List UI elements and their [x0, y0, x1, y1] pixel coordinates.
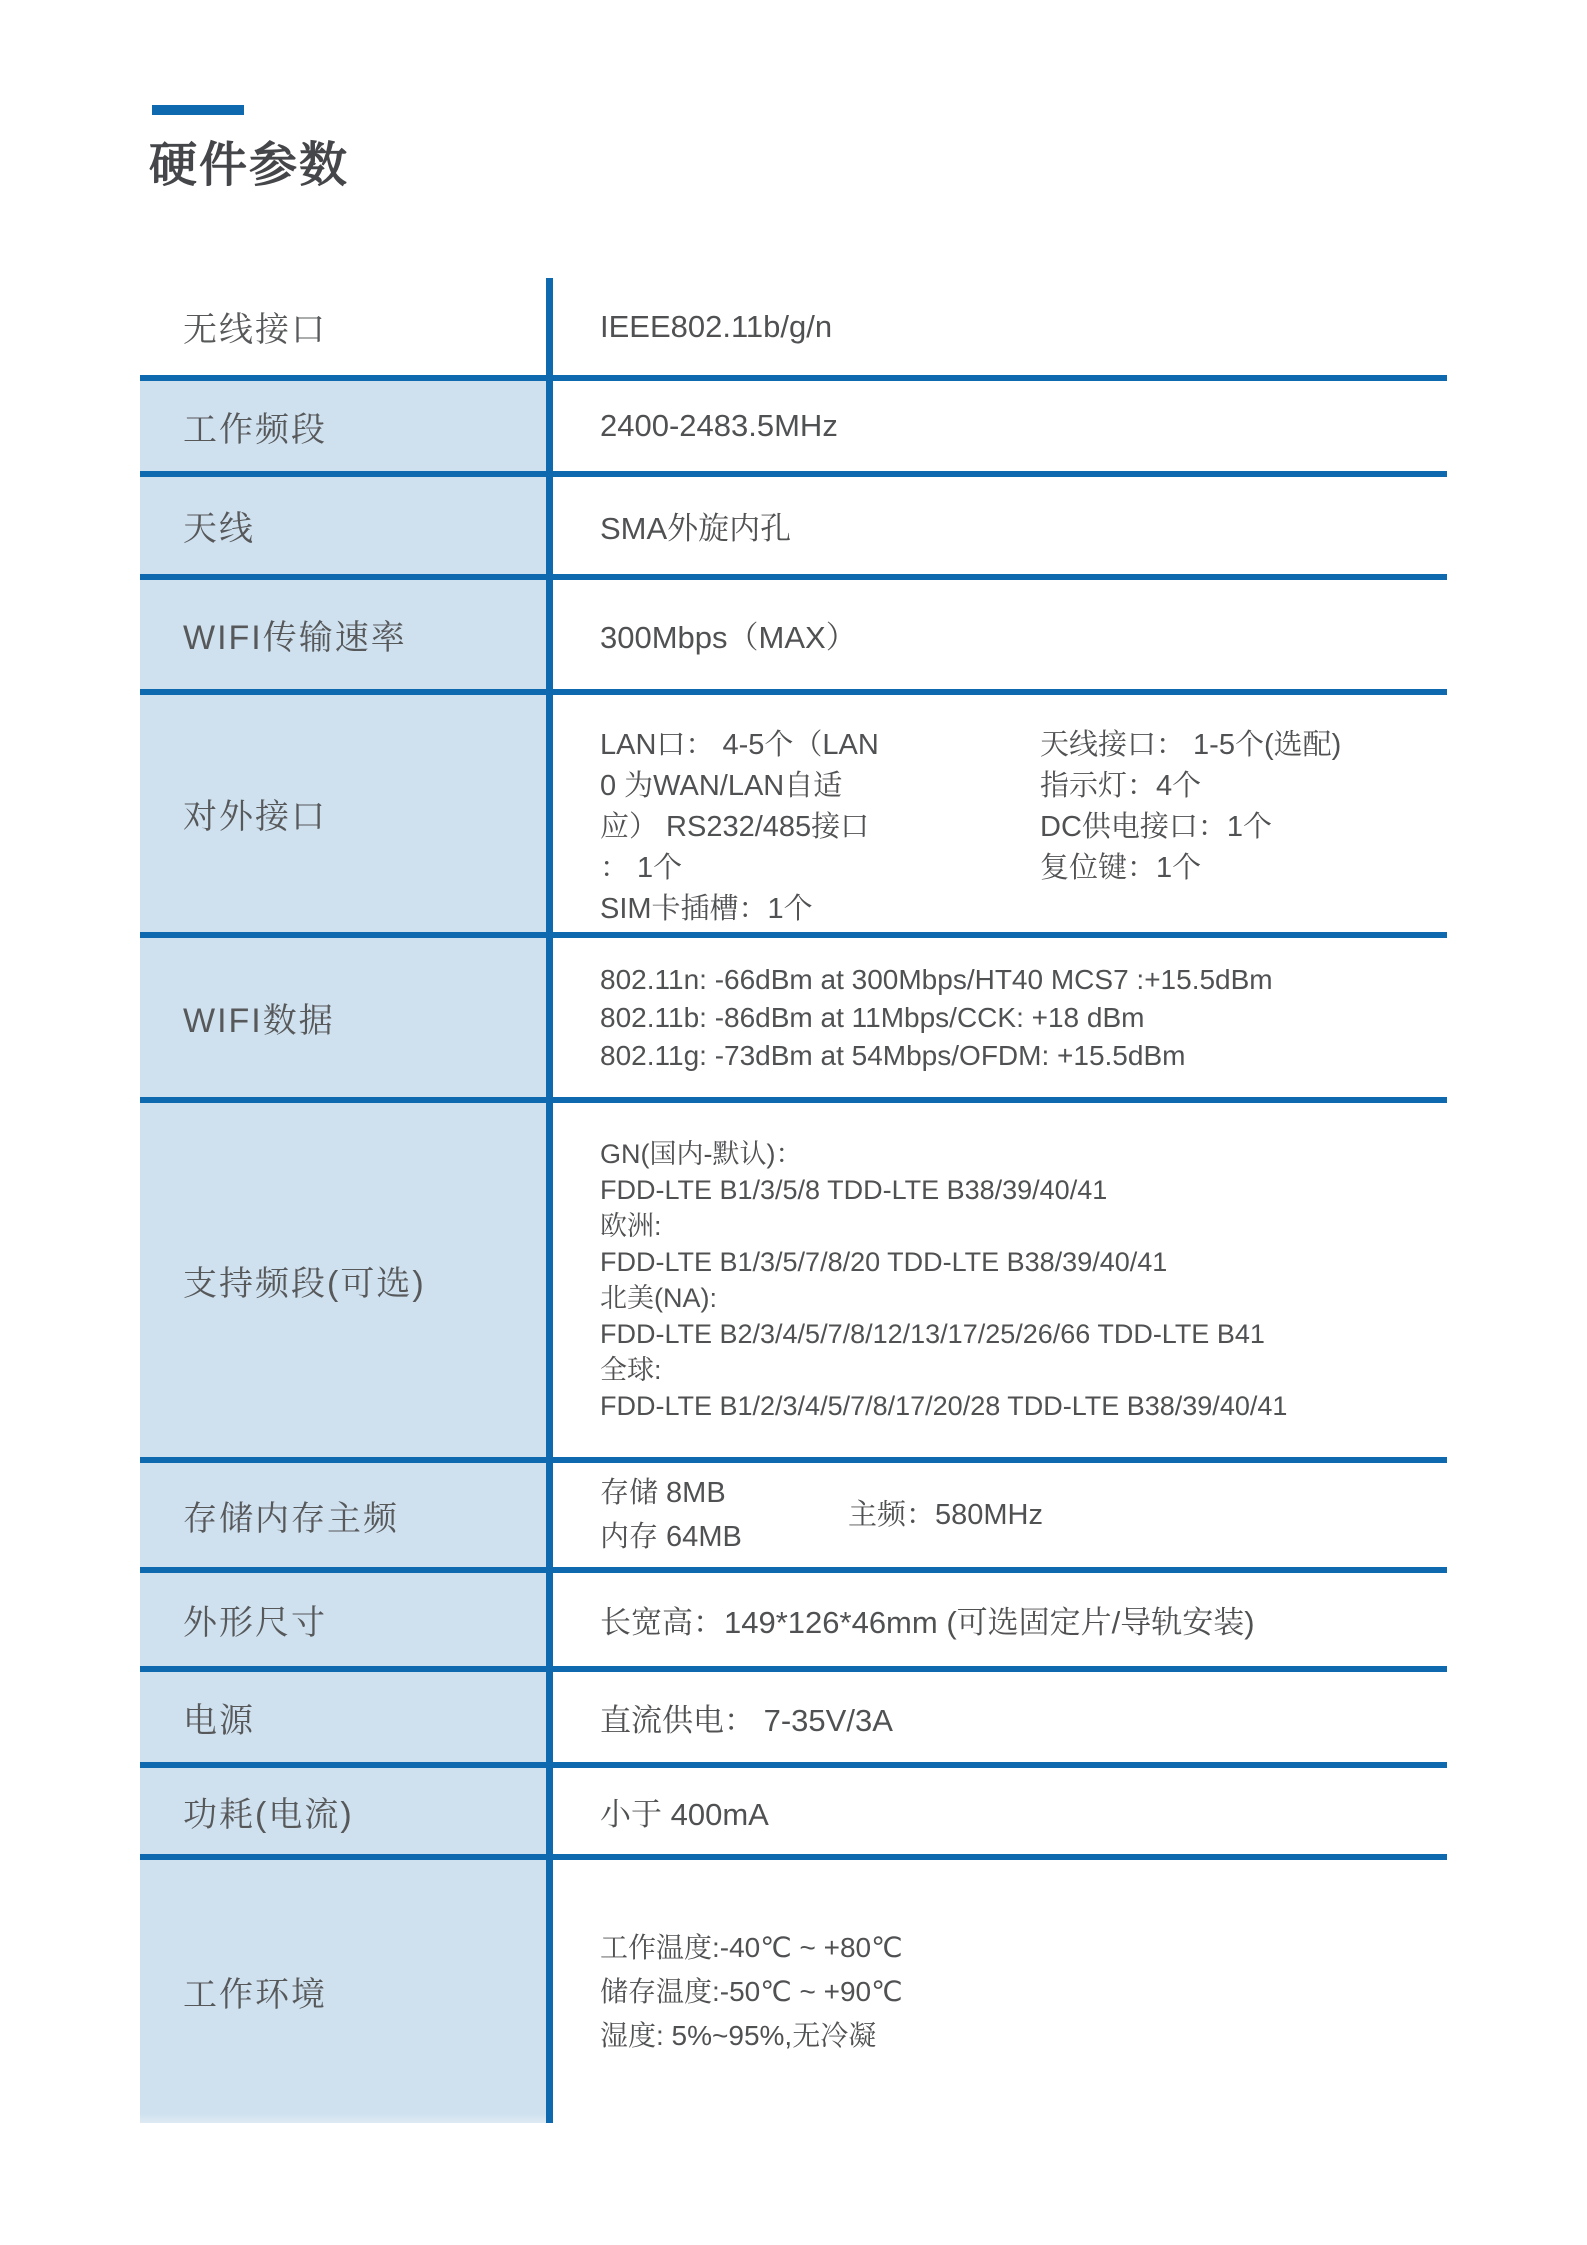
spec-row-supported-bands: 支持频段(可选) GN(国内-默认)： FDD-LTE B1/3/5/8 TDD…	[140, 1103, 1447, 1463]
spec-label: 存储内存主频	[140, 1463, 553, 1567]
spec-value: GN(国内-默认)： FDD-LTE B1/3/5/8 TDD-LTE B38/…	[553, 1103, 1447, 1457]
spec-row-wifi-rate: WIFI传输速率 300Mbps（MAX）	[140, 580, 1447, 695]
spec-row-frequency-band: 工作频段 2400-2483.5MHz	[140, 381, 1447, 477]
spec-row-storage-memory: 存储内存主频 存储 8MB 内存 64MB 主频：580MHz	[140, 1463, 1447, 1573]
spec-row-dimensions: 外形尺寸 长宽高：149*126*46mm (可选固定片/导轨安装)	[140, 1573, 1447, 1672]
spec-value: 2400-2483.5MHz	[553, 381, 1447, 471]
spec-value: 工作温度:-40℃ ~ +80℃ 储存温度:-50℃ ~ +90℃ 湿度: 5%…	[553, 1860, 1447, 2123]
spec-label: 天线	[140, 477, 553, 574]
spec-value: 长宽高：149*126*46mm (可选固定片/导轨安装)	[553, 1573, 1447, 1666]
page-title: 硬件参数	[149, 126, 349, 195]
spec-label: 工作频段	[140, 381, 553, 471]
spec-label: 外形尺寸	[140, 1573, 553, 1666]
spec-value: LAN口： 4-5个（LAN 0 为WAN/LAN自适 应） RS232/485…	[553, 695, 1447, 932]
spec-value-left-column: 存储 8MB 内存 64MB	[600, 1471, 848, 1559]
spec-value: IEEE802.11b/g/n	[553, 278, 1447, 375]
spec-value: 802.11n: -66dBm at 300Mbps/HT40 MCS7 :+1…	[553, 938, 1447, 1097]
spec-value: 300Mbps（MAX）	[553, 580, 1447, 689]
spec-value-right-column: 主频：580MHz	[848, 1493, 1043, 1537]
spec-row-power-supply: 电源 直流供电： 7-35V/3A	[140, 1672, 1447, 1768]
spec-label: 支持频段(可选)	[140, 1103, 553, 1457]
spec-row-operating-environment: 工作环境 工作温度:-40℃ ~ +80℃ 储存温度:-50℃ ~ +90℃ 湿…	[140, 1860, 1447, 2123]
spec-label: 工作环境	[140, 1860, 553, 2123]
spec-value: 存储 8MB 内存 64MB 主频：580MHz	[553, 1463, 1447, 1567]
spec-label: 无线接口	[140, 278, 553, 375]
spec-sheet-page: 硬件参数 无线接口 IEEE802.11b/g/n 工作频段 2400-2483…	[0, 0, 1587, 2245]
spec-row-external-interfaces: 对外接口 LAN口： 4-5个（LAN 0 为WAN/LAN自适 应） RS23…	[140, 695, 1447, 938]
spec-value-right-column: 天线接口： 1-5个(选配) 指示灯：4个 DC供电接口：1个 复位键：1个	[1040, 725, 1341, 889]
spec-row-power-consumption: 功耗(电流) 小于 400mA	[140, 1768, 1447, 1860]
spec-value: 直流供电： 7-35V/3A	[553, 1672, 1447, 1762]
spec-row-wireless-interface: 无线接口 IEEE802.11b/g/n	[140, 278, 1447, 381]
spec-label: 对外接口	[140, 695, 553, 932]
spec-value: 小于 400mA	[553, 1768, 1447, 1854]
hardware-spec-table: 无线接口 IEEE802.11b/g/n 工作频段 2400-2483.5MHz…	[140, 278, 1447, 2123]
spec-value-left-column: LAN口： 4-5个（LAN 0 为WAN/LAN自适 应） RS232/485…	[600, 725, 1040, 930]
spec-label: WIFI数据	[140, 938, 553, 1097]
spec-label: 电源	[140, 1672, 553, 1762]
spec-value: SMA外旋内孔	[553, 477, 1447, 574]
spec-row-wifi-data: WIFI数据 802.11n: -66dBm at 300Mbps/HT40 M…	[140, 938, 1447, 1103]
spec-label: 功耗(电流)	[140, 1768, 553, 1854]
spec-label: WIFI传输速率	[140, 580, 553, 689]
title-accent-bar	[152, 105, 244, 115]
spec-row-antenna: 天线 SMA外旋内孔	[140, 477, 1447, 580]
